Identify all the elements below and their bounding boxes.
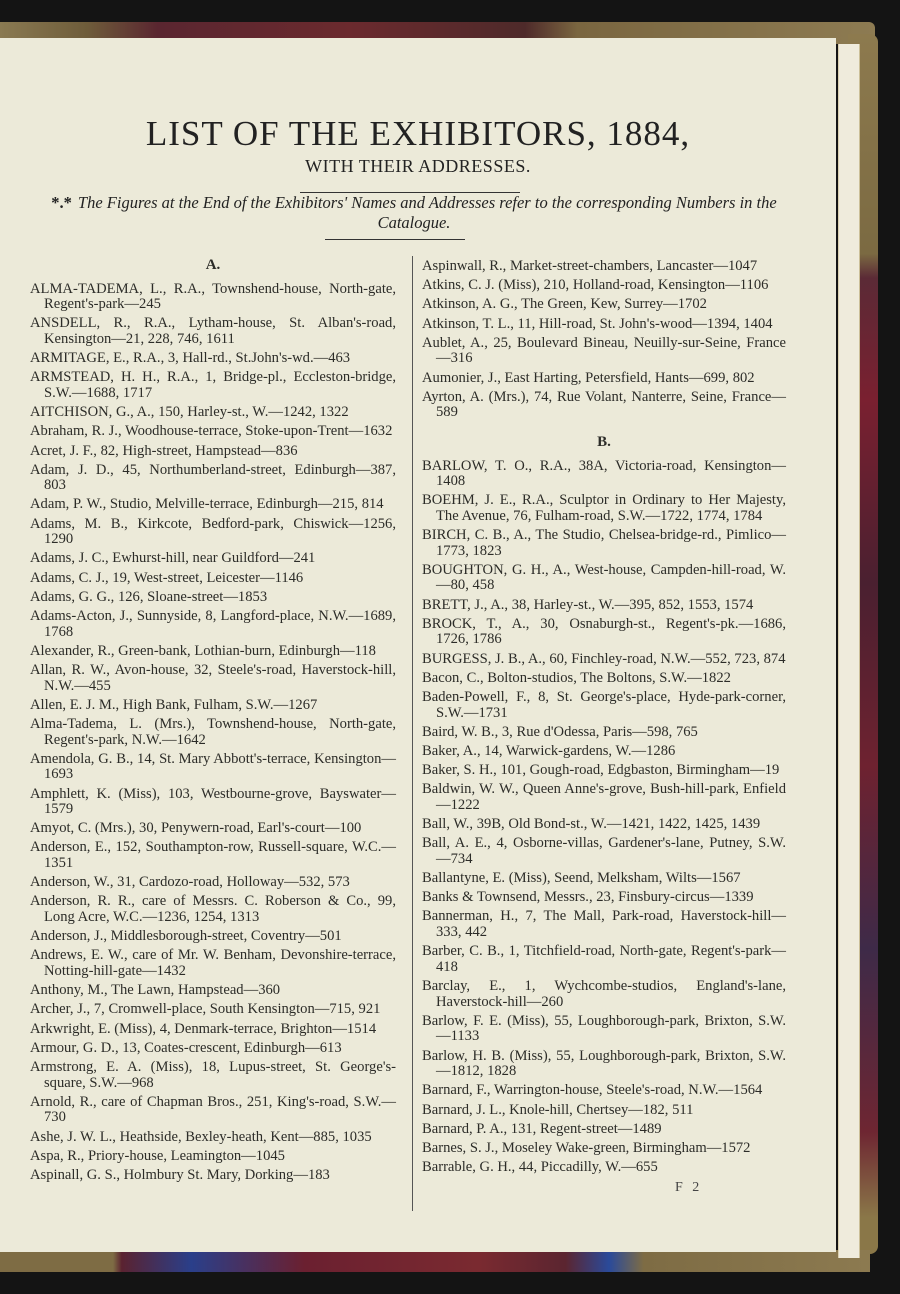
exhibitor-entry: Archer, J., 7, Cromwell-place, South Ken… [30,1002,396,1018]
exhibitor-entry: Adams, C. J., 19, West-street, Leicester… [30,571,396,587]
page-title: LIST OF THE EXHIBITORS, 1884, [0,114,836,154]
exhibitor-entry: Adams, J. C., Ewhurst-hill, near Guildfo… [30,551,396,567]
exhibitor-entry: Arkwright, E. (Miss), 4, Denmark-terrace… [30,1022,396,1038]
exhibitor-entry: Armstrong, E. A. (Miss), 18, Lupus-stree… [30,1060,396,1091]
exhibitor-entry: Anderson, J., Middlesborough-street, Cov… [30,929,396,945]
exhibitor-entry: Barber, C. B., 1, Titchfield-road, North… [422,944,786,975]
exhibitor-entry: BIRCH, C. B., A., The Studio, Chelsea-br… [422,528,786,559]
exhibitor-entry: Aublet, A., 25, Boulevard Bineau, Neuill… [422,336,786,367]
exhibitor-entry: Baden-Powell, F., 8, St. George's-place,… [422,690,786,721]
exhibitor-entry: BROCK, T., A., 30, Osnaburgh-st., Regent… [422,617,786,648]
exhibitor-entry: Adam, P. W., Studio, Melville-terrace, E… [30,497,396,513]
exhibitor-entry: Anderson, W., 31, Cardozo-road, Holloway… [30,875,396,891]
right-column: Aspinwall, R., Market-street-chambers, L… [422,259,786,1179]
exhibitor-entry: Barlow, H. B. (Miss), 55, Loughborough-p… [422,1049,786,1080]
exhibitor-entry: BARLOW, T. O., R.A., 38A, Victoria-road,… [422,459,786,490]
signature-mark: F 2 [675,1180,702,1196]
exhibitor-entry: Aspinall, G. S., Holmbury St. Mary, Dork… [30,1168,396,1184]
page-subtitle: WITH THEIR ADDRESSES. [0,156,836,177]
entry-list-b: BARLOW, T. O., R.A., 38A, Victoria-road,… [422,459,786,1176]
exhibitor-entry: Anderson, E., 152, Southampton-row, Russ… [30,840,396,871]
exhibitor-entry: BOUGHTON, G. H., A., West-house, Campden… [422,563,786,594]
exhibitor-entry: Aspinwall, R., Market-street-chambers, L… [422,259,786,275]
exhibitor-entry: Barnard, J. L., Knole-hill, Chertsey—182… [422,1103,786,1119]
book-page: LIST OF THE EXHIBITORS, 1884, WITH THEIR… [0,38,836,1252]
exhibitor-entry: Atkinson, A. G., The Green, Kew, Surrey—… [422,297,786,313]
exhibitor-entry: Anthony, M., The Lawn, Hampstead—360 [30,983,396,999]
note-text: The Figures at the End of the Exhibitors… [78,193,777,232]
exhibitor-entry: Baird, W. B., 3, Rue d'Odessa, Paris—598… [422,725,786,741]
exhibitor-entry: Ballantyne, E. (Miss), Seend, Melksham, … [422,871,786,887]
page-stack-edge [838,44,860,1258]
section-heading-b: B. [422,435,786,451]
book-cover-bottom-edge [0,1250,870,1272]
exhibitor-entry: Amendola, G. B., 14, St. Mary Abbott's-t… [30,752,396,783]
exhibitor-entry: Abraham, R. J., Woodhouse-terrace, Stoke… [30,424,396,440]
exhibitor-entry: Adams, G. G., 126, Sloane-street—1853 [30,590,396,606]
exhibitor-entry: Barrable, G. H., 44, Piccadilly, W.—655 [422,1160,786,1176]
exhibitor-entry: Baldwin, W. W., Queen Anne's-grove, Bush… [422,782,786,813]
exhibitor-entry: Adam, J. D., 45, Northumberland-street, … [30,463,396,494]
exhibitor-entry: Ball, W., 39B, Old Bond-st., W.—1421, 14… [422,817,786,833]
exhibitor-entry: AITCHISON, G., A., 150, Harley-st., W.—1… [30,405,396,421]
column-divider [412,256,413,1211]
exhibitor-entry: BRETT, J., A., 38, Harley-st., W.—395, 8… [422,598,786,614]
note-marker: *.* [51,193,72,212]
exhibitor-entry: Barnard, P. A., 131, Regent-street—1489 [422,1122,786,1138]
exhibitor-entry: Anderson, R. R., care of Messrs. C. Robe… [30,894,396,925]
exhibitor-entry: Bacon, C., Bolton-studios, The Boltons, … [422,671,786,687]
note-rule [325,239,465,240]
entry-list-a-continued: Aspinwall, R., Market-street-chambers, L… [422,259,786,421]
exhibitor-entry: Barlow, F. E. (Miss), 55, Loughborough-p… [422,1014,786,1045]
exhibitor-entry: Alma-Tadema, L. (Mrs.), Townshend-house,… [30,717,396,748]
exhibitor-entry: Armour, G. D., 13, Coates-crescent, Edin… [30,1041,396,1057]
exhibitor-entry: Acret, J. F., 82, High-street, Hampstead… [30,444,396,460]
exhibitor-entry: Ayrton, A. (Mrs.), 74, Rue Volant, Nante… [422,390,786,421]
exhibitor-entry: Ball, A. E., 4, Osborne-villas, Gardener… [422,836,786,867]
exhibitor-entry: Andrews, E. W., care of Mr. W. Benham, D… [30,948,396,979]
entry-list-a: ALMA-TADEMA, L., R.A., Townshend-house, … [30,282,396,1184]
exhibitor-entry: Banks & Townsend, Messrs., 23, Finsbury-… [422,890,786,906]
exhibitor-entry: Atkins, C. J. (Miss), 210, Holland-road,… [422,278,786,294]
exhibitor-entry: Amphlett, K. (Miss), 103, Westbourne-gro… [30,787,396,818]
exhibitor-entry: ARMITAGE, E., R.A., 3, Hall-rd., St.John… [30,351,396,367]
exhibitor-entry: Baker, S. H., 101, Gough-road, Edgbaston… [422,763,786,779]
exhibitor-entry: ANSDELL, R., R.A., Lytham-house, St. Alb… [30,316,396,347]
exhibitor-entry: Arnold, R., care of Chapman Bros., 251, … [30,1095,396,1126]
exhibitor-entry: Alexander, R., Green-bank, Lothian-burn,… [30,644,396,660]
exhibitor-entry: Adams, M. B., Kirkcote, Bedford-park, Ch… [30,517,396,548]
exhibitor-entry: Adams-Acton, J., Sunnyside, 8, Langford-… [30,609,396,640]
exhibitor-entry: Baker, A., 14, Warwick-gardens, W.—1286 [422,744,786,760]
exhibitor-entry: Barclay, E., 1, Wychcombe-studios, Engla… [422,979,786,1010]
exhibitor-entry: Amyot, C. (Mrs.), 30, Penywern-road, Ear… [30,821,396,837]
exhibitor-entry: Bannerman, H., 7, The Mall, Park-road, H… [422,909,786,940]
exhibitor-entry: Allan, R. W., Avon-house, 32, Steele's-r… [30,663,396,694]
left-column: A. ALMA-TADEMA, L., R.A., Townshend-hous… [30,250,396,1187]
exhibitor-entry: ARMSTEAD, H. H., R.A., 1, Bridge-pl., Ec… [30,370,396,401]
exhibitor-entry: BURGESS, J. B., A., 60, Finchley-road, N… [422,652,786,668]
exhibitor-entry: Barnard, F., Warrington-house, Steele's-… [422,1083,786,1099]
exhibitor-entry: Aspa, R., Priory-house, Leamington—1045 [30,1149,396,1165]
exhibitor-entry: ALMA-TADEMA, L., R.A., Townshend-house, … [30,282,396,313]
exhibitor-entry: Atkinson, T. L., 11, Hill-road, St. John… [422,317,786,333]
exhibitor-entry: BOEHM, J. E., R.A., Sculptor in Ordinary… [422,493,786,524]
exhibitor-entry: Barnes, S. J., Moseley Wake-green, Birmi… [422,1141,786,1157]
catalogue-note: *.*The Figures at the End of the Exhibit… [34,193,794,233]
exhibitor-entry: Allen, E. J. M., High Bank, Fulham, S.W.… [30,698,396,714]
exhibitor-entry: Aumonier, J., East Harting, Petersfield,… [422,371,786,387]
section-heading-a: A. [30,258,396,274]
exhibitor-entry: Ashe, J. W. L., Heathside, Bexley-heath,… [30,1130,396,1146]
